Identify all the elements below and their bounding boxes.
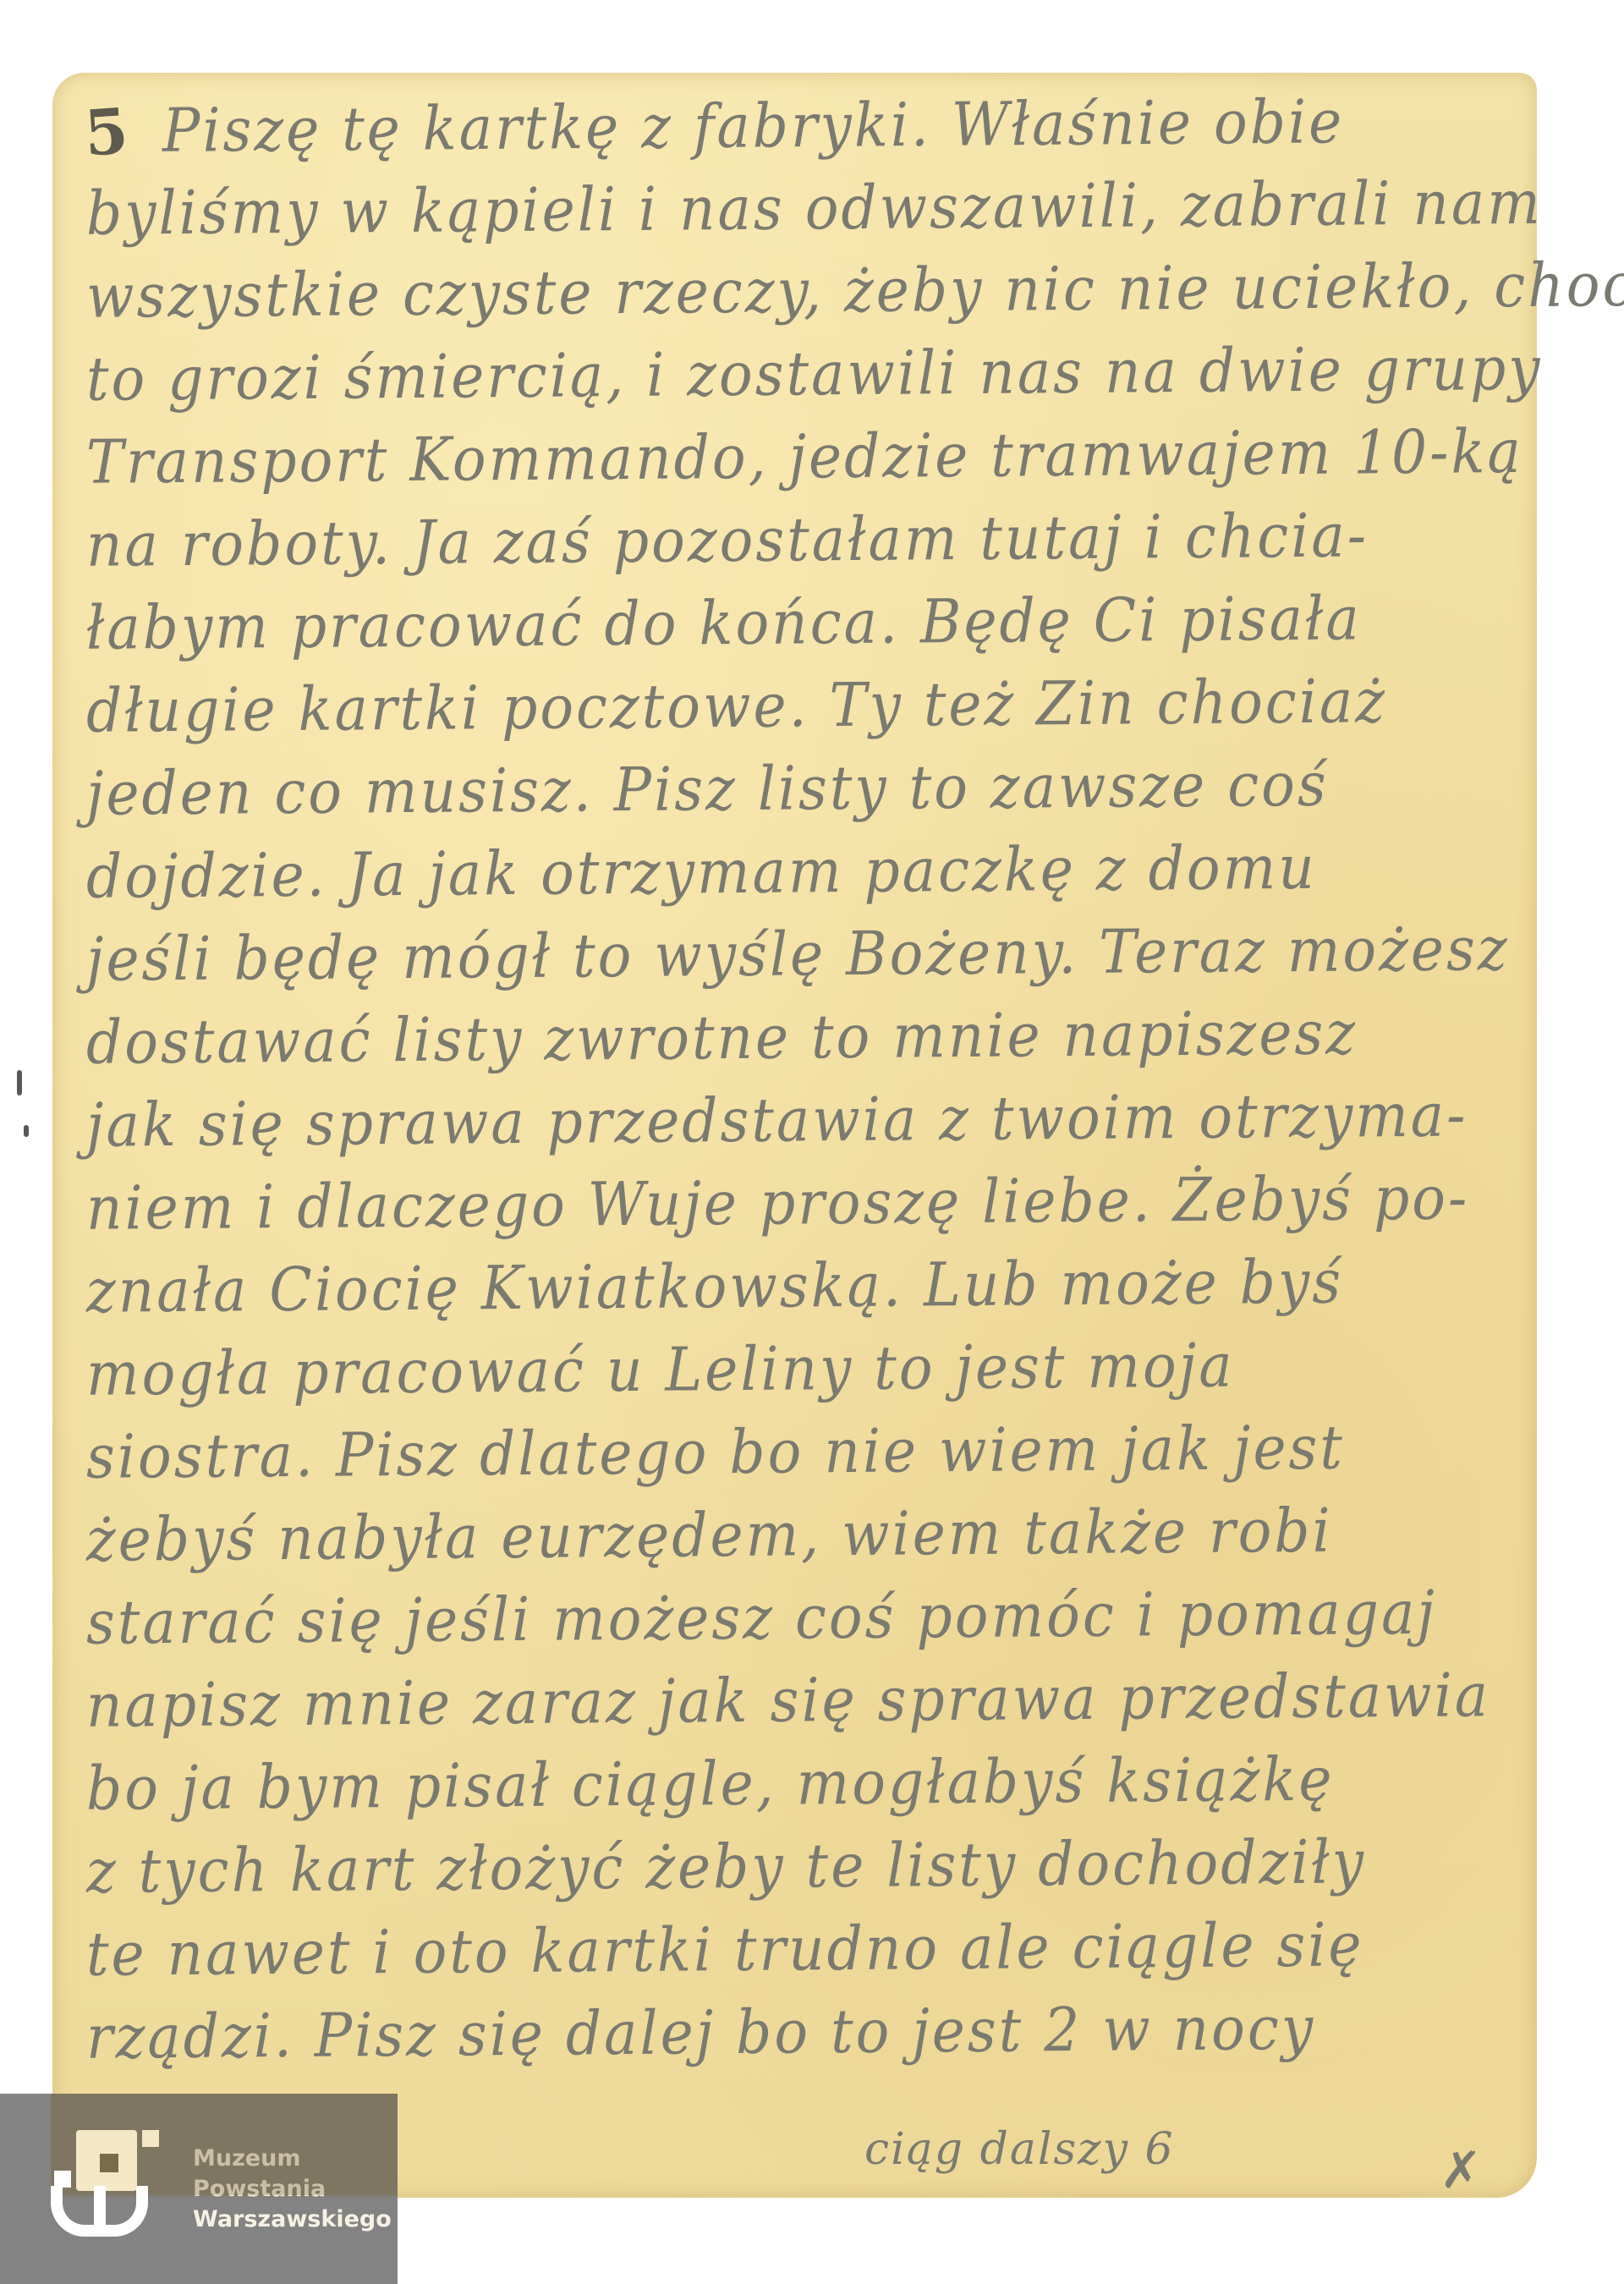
handwritten-line: niem i dlaczego Wuje proszę liebe. Żebyś… [86, 1163, 1470, 1244]
handwritten-line: z tych kart złożyć żeby te listy dochodz… [86, 1827, 1367, 1908]
handwritten-line: dojdzie. Ja jak otrzymam paczkę z domu [86, 832, 1317, 912]
kotwica-anchor-logo-icon [51, 2130, 169, 2248]
handwritten-line: łabym pracować do końca. Będę Ci pisała [86, 584, 1362, 664]
museum-name-line3: Warszawskiego [193, 2204, 392, 2235]
handwritten-line: Piszę tę kartkę z fabryki. Właśnie obie [162, 86, 1345, 166]
handwritten-line: byliśmy w kąpieli i nas odwszawili, zabr… [86, 167, 1543, 249]
handwritten-line: żebyś nabyła eurzędem, wiem także robi [86, 1496, 1333, 1575]
handwritten-line: siostra. Pisz dlatego bo nie wiem jak je… [86, 1413, 1345, 1492]
museum-watermark: Muzeum Powstania Warszawskiego [0, 2094, 398, 2284]
handwritten-line: długie kartki pocztowe. Ty też Zin choci… [86, 666, 1388, 746]
handwritten-line: napisz mnie zaraz jak się sprawa przedst… [86, 1660, 1491, 1741]
handwritten-line: wszystkie czyste rzeczy, żeby nic nie uc… [86, 249, 1624, 332]
stray-ink-mark [17, 1070, 22, 1095]
handwritten-line: mogła pracować u Leliny to jest moja [86, 1331, 1235, 1409]
handwritten-line: jeden co musisz. Pisz listy to zawsze co… [86, 749, 1329, 829]
continued-note: ciąg dalszy 6 [864, 2124, 1175, 2175]
handwritten-line: jak się sprawa przedstawia z twoim otrzy… [86, 1080, 1468, 1161]
page-number: 5 [82, 95, 130, 170]
handwritten-line: te nawet i oto kartki trudno ale ciągle … [86, 1910, 1364, 1990]
handwritten-line: bo ja bym pisał ciągle, mogłabyś książkę [86, 1744, 1335, 1824]
stray-ink-mark [24, 1125, 29, 1137]
handwritten-line: Transport Kommando, jedzie tramwajem 10-… [86, 416, 1523, 497]
handwritten-line: starać się jeśli możesz coś pomóc i poma… [86, 1578, 1437, 1658]
handwritten-line: to grozi śmiercią, i zostawili nas na dw… [86, 333, 1543, 415]
postcard: 5 Piszę tę kartkę z fabryki. Właśnie obi… [52, 73, 1537, 2198]
handwritten-line: na roboty. Ja zaś pozostałam tutaj i chc… [86, 500, 1369, 580]
handwritten-line: znała Ciocię Kwiatkowską. Lub może byś [86, 1247, 1344, 1326]
end-cross-mark: ✗ [1440, 2141, 1482, 2200]
handwritten-line: dostawać listy zwrotne to mnie napiszesz [86, 998, 1358, 1078]
handwritten-line: rządzi. Pisz się dalej bo to jest 2 w no… [86, 1993, 1316, 2073]
handwritten-line: jeśli będę mógł to wyślę Bożeny. Teraz m… [86, 914, 1510, 995]
